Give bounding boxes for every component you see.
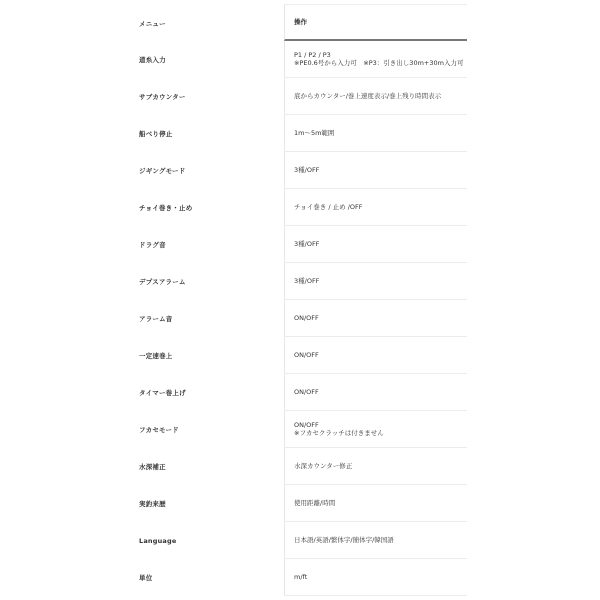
menu-cell: タイマー巻上げ [133, 374, 284, 411]
operation-cell: 3種/OFF [284, 152, 467, 189]
operation-value: 3種/OFF [294, 240, 467, 249]
operation-value: 日本語/英語/繁体字/簡体字/韓国語 [294, 536, 467, 545]
header-operation: 操作 [284, 4, 467, 41]
menu-cell: Language [133, 522, 284, 559]
operation-note: ※フカセクラッチは付きません [294, 429, 467, 438]
menu-cell: 単位 [133, 559, 284, 596]
operation-value: チョイ巻き / 止め /OFF [294, 203, 467, 212]
menu-cell: 道糸入力 [133, 41, 284, 78]
operation-cell: P1 / P2 / P3※PE0.6号から入力可 ※P3：引き出し30m+30m… [284, 41, 467, 78]
operation-value: P1 / P2 / P3 [294, 51, 467, 60]
operation-cell: ON/OFF [284, 337, 467, 374]
operation-value: 3種/OFF [294, 166, 467, 175]
table-row: 道糸入力P1 / P2 / P3※PE0.6号から入力可 ※P3：引き出し30m… [133, 41, 467, 78]
menu-cell: サブカウンター [133, 78, 284, 115]
operation-cell: 底からカウンター/巻上速度表示/巻上残り時間表示 [284, 78, 467, 115]
table-row: デプスアラーム3種/OFF [133, 263, 467, 300]
header-operation-label: 操作 [294, 18, 467, 27]
operation-value: 水深カウンター修正 [294, 462, 467, 471]
table-row: ドラグ音3種/OFF [133, 226, 467, 263]
operation-cell: 3種/OFF [284, 263, 467, 300]
table-row: 実釣来歴使用距離/時間 [133, 485, 467, 522]
table-row: Language日本語/英語/繁体字/簡体字/韓国語 [133, 522, 467, 559]
operation-cell: ON/OFF [284, 300, 467, 337]
menu-cell: アラーム音 [133, 300, 284, 337]
operation-value: ON/OFF [294, 314, 467, 323]
menu-cell: ジギングモード [133, 152, 284, 189]
menu-cell: チョイ巻き・止め [133, 189, 284, 226]
operation-cell: 使用距離/時間 [284, 485, 467, 522]
table-row: タイマー巻上げON/OFF [133, 374, 467, 411]
operation-value: 使用距離/時間 [294, 499, 467, 508]
table-row: ジギングモード3種/OFF [133, 152, 467, 189]
operation-value: ON/OFF [294, 351, 467, 360]
operation-cell: 3種/OFF [284, 226, 467, 263]
operation-value: ON/OFF [294, 421, 467, 430]
operation-cell: m/ft [284, 559, 467, 596]
table-row: アラーム音ON/OFF [133, 300, 467, 337]
operation-cell: ON/OFF [284, 374, 467, 411]
menu-cell: デプスアラーム [133, 263, 284, 300]
table-row: チョイ巻き・止めチョイ巻き / 止め /OFF [133, 189, 467, 226]
header-menu: メニュー [133, 4, 284, 41]
table-row: 船べり停止1m〜5m範囲 [133, 115, 467, 152]
menu-cell: 船べり停止 [133, 115, 284, 152]
table-row: サブカウンター底からカウンター/巻上速度表示/巻上残り時間表示 [133, 78, 467, 115]
table-body: 道糸入力P1 / P2 / P3※PE0.6号から入力可 ※P3：引き出し30m… [133, 41, 467, 596]
table-row: フカセモードON/OFF※フカセクラッチは付きません [133, 411, 467, 448]
operation-value: m/ft [294, 573, 467, 582]
operation-cell: 水深カウンター修正 [284, 448, 467, 485]
operation-cell: チョイ巻き / 止め /OFF [284, 189, 467, 226]
operation-cell: ON/OFF※フカセクラッチは付きません [284, 411, 467, 448]
menu-cell: ドラグ音 [133, 226, 284, 263]
table-header-row: メニュー 操作 [133, 4, 467, 41]
operation-cell: 1m〜5m範囲 [284, 115, 467, 152]
table-row: 水深補正水深カウンター修正 [133, 448, 467, 485]
menu-cell: 水深補正 [133, 448, 284, 485]
menu-cell: フカセモード [133, 411, 284, 448]
table-row: 一定速巻上ON/OFF [133, 337, 467, 374]
menu-cell: 一定速巻上 [133, 337, 284, 374]
operation-value: 1m〜5m範囲 [294, 129, 467, 138]
spec-table: メニュー 操作 道糸入力P1 / P2 / P3※PE0.6号から入力可 ※P3… [133, 4, 467, 596]
operation-value: 底からカウンター/巻上速度表示/巻上残り時間表示 [294, 92, 467, 101]
menu-cell: 実釣来歴 [133, 485, 284, 522]
operation-value: 3種/OFF [294, 277, 467, 286]
operation-note: ※PE0.6号から入力可 ※P3：引き出し30m+30m入力可 [294, 59, 467, 68]
operation-cell: 日本語/英語/繁体字/簡体字/韓国語 [284, 522, 467, 559]
operation-value: ON/OFF [294, 388, 467, 397]
table-row: 単位m/ft [133, 559, 467, 596]
